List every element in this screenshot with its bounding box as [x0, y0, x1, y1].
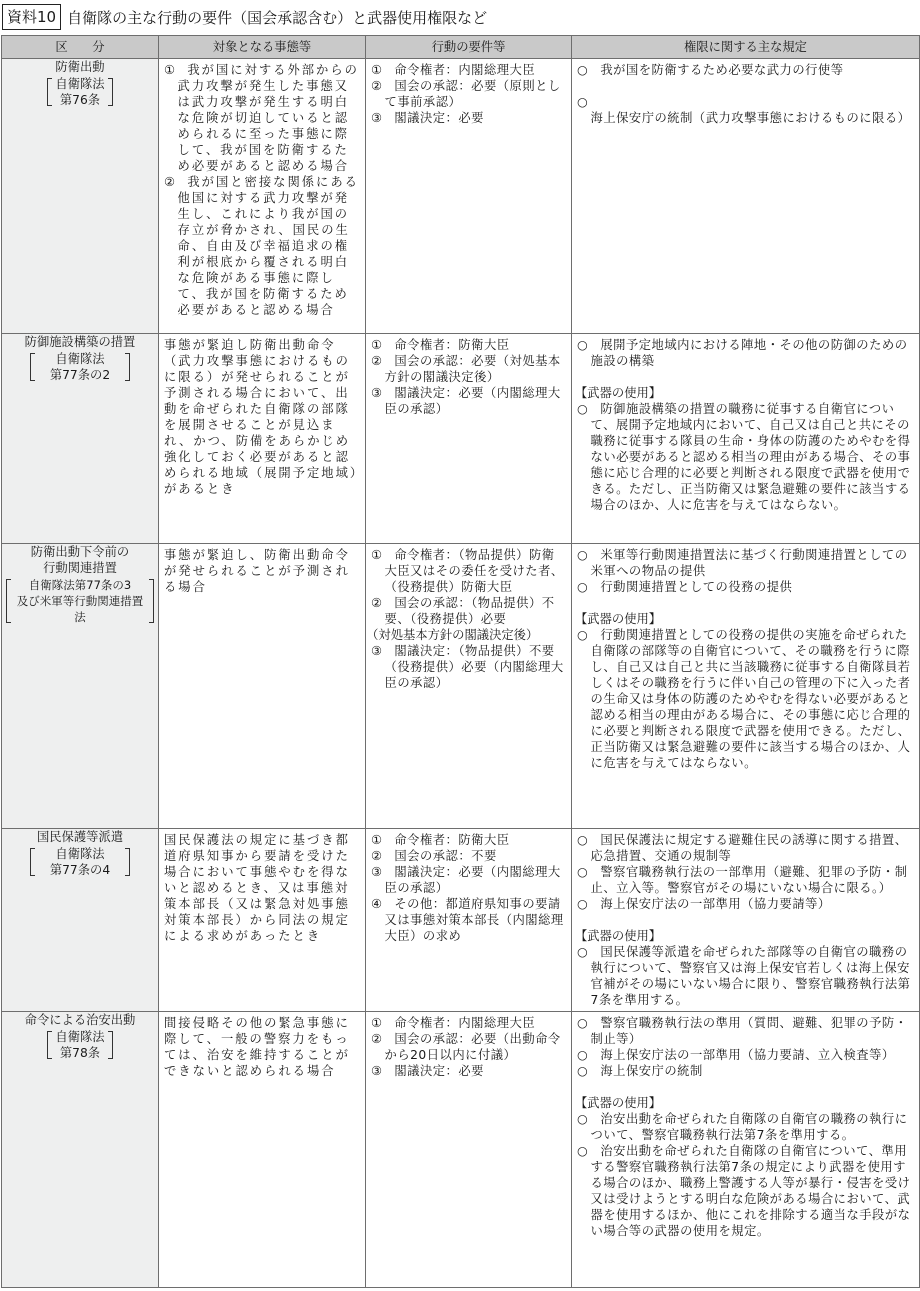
- bullet-circle-icon: ○: [577, 832, 600, 848]
- item-text: 警察官職務執行法の準用（質問、避難、犯罪の予防・制止等）: [591, 1016, 908, 1046]
- list-item: ②我が国と密接な関係にある他国に対する武力攻撃が発生し、これにより我が国の存立が…: [164, 174, 361, 318]
- list-item: ③閣議決定：必要: [371, 1063, 567, 1079]
- weapons-use-heading: 【武器の使用】: [575, 1095, 915, 1111]
- column-header-situation: 対象となる事態等: [159, 36, 366, 59]
- list-item: ○海上保安庁法の一部準用（協力要請、立入検査等）: [577, 1047, 915, 1063]
- column-header-requirements: 行動の要件等: [366, 36, 572, 59]
- list-item: ○警察官職務執行法の一部準用（避難、犯罪の予防・制止、立入等。警察官がその場にい…: [577, 864, 915, 896]
- list-item: ④その他：都道府県知事の要請又は事態対策本部長（内閣総理大臣）の求め: [371, 896, 567, 944]
- spacer: [577, 912, 915, 928]
- document-title-bar: 資料10 自衛隊の主な行動の要件（国会承認含む）と武器使用権限など: [0, 0, 920, 34]
- item-number: ②: [371, 78, 394, 94]
- item-text: 国民保護等派遣を命ぜられた部隊等の自衛官の職務の執行について、警察官又は海上保安…: [591, 945, 911, 1007]
- item-text: 我が国を防衛するため必要な武力の行使等: [600, 63, 843, 77]
- list-item: ○行動関連措置としての役務の提供: [577, 579, 915, 595]
- law-reference: 自衛隊法 第76条: [47, 76, 112, 108]
- law-reference-text: 自衛隊法 第78条: [55, 1029, 104, 1061]
- category-cell: 防御施設構築の措置 自衛隊法 第77条の2: [2, 334, 159, 544]
- item-text: 閣議決定：必要: [394, 111, 484, 125]
- item-text: 治安出動を命ぜられた自衛隊の自衛官について、準用する警察官職務執行法第7条の規定…: [591, 1144, 911, 1238]
- item-number: ③: [371, 643, 394, 659]
- category-cell: 国民保護等派遣 自衛隊法 第77条の4: [2, 829, 159, 1012]
- list-item: ①命令権者：内閣総理大臣: [371, 62, 567, 78]
- bullet-circle-icon: ○: [577, 627, 600, 643]
- bullet-circle-icon: ○: [577, 579, 600, 595]
- item-text: 国会の承認：（物品提供）不要、（役務提供）必要: [385, 596, 555, 626]
- item-number: ④: [371, 896, 394, 912]
- item-text: 我が国に対する外部からの武力攻撃が発生した事態又は武力攻撃が発生する明白な危険が…: [178, 63, 359, 173]
- item-text: 国会の承認：不要: [394, 849, 496, 863]
- situation-text: 事態が緊迫し防衛出動命令（武力攻撃事態におけるものに限る）が発せられることが予測…: [164, 337, 361, 497]
- weapons-use-heading: 【武器の使用】: [575, 928, 915, 944]
- list-item: ○治安出動を命ぜられた自衛隊の自衛官の職務の執行について、警察官職務執行法第7条…: [577, 1111, 915, 1143]
- requirements-cell: ①命令権者：（物品提供）防衛大臣又はその委任を受けた者、（役務提供）防衛大臣 ②…: [366, 544, 572, 829]
- category-cell: 防衛出動 自衛隊法 第76条: [2, 59, 159, 334]
- item-text: 治安出動を命ぜられた自衛隊の自衛官の職務の執行について、警察官職務執行法第7条を…: [591, 1112, 908, 1142]
- list-item: ○展開予定地域内における陣地・その他の防御のための施設の構築: [577, 337, 915, 369]
- item-text: 国民保護法に規定する避難住民の誘導に関する措置、応急措置、交通の規制等: [591, 833, 908, 863]
- item-number: ③: [371, 1063, 394, 1079]
- spacer: [577, 369, 915, 385]
- item-number: ②: [164, 174, 187, 190]
- item-text: 閣議決定：必要: [394, 1064, 484, 1078]
- bullet-circle-icon: ○: [577, 1063, 600, 1079]
- requirements-cell: ①命令権者：内閣総理大臣 ②国会の承認：必要（出動命令から20日以内に付議） ③…: [366, 1012, 572, 1288]
- item-text: 海上保安庁法の一部準用（協力要請、立入検査等）: [600, 1048, 894, 1062]
- item-number: ①: [371, 832, 394, 848]
- list-item: ①我が国に対する外部からの武力攻撃が発生した事態又は武力攻撃が発生する明白な危険…: [164, 62, 361, 174]
- law-reference: 自衛隊法 第78条: [47, 1029, 112, 1061]
- bullet-circle-icon: ○: [577, 1015, 600, 1031]
- table-row: 国民保護等派遣 自衛隊法 第77条の4 国民保護法の規定に基づき都道府県知事から…: [2, 829, 920, 1012]
- law-reference-text: 自衛隊法第77条の3 及び米軍等行動関連措置法: [14, 577, 146, 625]
- item-number: ②: [371, 353, 394, 369]
- requirement-note: （対処基本方針の閣議決定後）: [366, 627, 567, 643]
- category-name: 命令による治安出動: [6, 1012, 154, 1028]
- column-header-authority: 権限に関する主な規定: [572, 36, 920, 59]
- list-item: ○行動関連措置としての役務の提供の実施を命ぜられた自衛隊の部隊等の自衛官について…: [577, 627, 915, 771]
- item-text: 命令権者：防衛大臣: [394, 338, 509, 352]
- item-text: 海上保安庁の統制: [600, 1064, 702, 1078]
- bullet-circle-icon: ○: [577, 62, 600, 78]
- item-number: ①: [371, 1015, 394, 1031]
- situation-cell: ①我が国に対する外部からの武力攻撃が発生した事態又は武力攻撃が発生する明白な危険…: [159, 59, 366, 334]
- authority-cell: ○展開予定地域内における陣地・その他の防御のための施設の構築 【武器の使用】 ○…: [572, 334, 920, 544]
- requirements-cell: ①命令権者：内閣総理大臣 ②国会の承認：必要（原則として事前承認） ③閣議決定：…: [366, 59, 572, 334]
- item-text: 国会の承認：必要（対処基本方針の閣議決定後）: [385, 354, 561, 384]
- bullet-circle-icon: ○: [577, 1143, 600, 1159]
- list-item: ②国会の承認：不要: [371, 848, 567, 864]
- item-text: 海上保安庁法の一部準用（協力要請等）: [600, 897, 830, 911]
- requirements-cell: ①命令権者：防衛大臣 ②国会の承認：必要（対処基本方針の閣議決定後） ③閣議決定…: [366, 334, 572, 544]
- list-item: ○海上保安庁の統制: [577, 1063, 915, 1079]
- bullet-circle-icon: ○: [577, 401, 600, 417]
- item-text: 米軍等行動関連措置法に基づく行動関連措置としての米軍への物品の提供: [591, 548, 908, 578]
- list-item: ①命令権者：防衛大臣: [371, 832, 567, 848]
- item-text: 命令権者：内閣総理大臣: [394, 1016, 535, 1030]
- requirements-table: 区 分 対象となる事態等 行動の要件等 権限に関する主な規定 防衛出動 自衛隊法…: [1, 35, 920, 1288]
- list-item: ○防御施設構築の措置の職務に従事する自衛官について、展開予定地域内において、自己…: [577, 401, 915, 513]
- item-number: ①: [371, 337, 394, 353]
- law-reference: 自衛隊法 第77条の4: [30, 846, 130, 878]
- table-row: 防衛出動下令前の 行動関連措置 自衛隊法第77条の3 及び米軍等行動関連措置法 …: [2, 544, 920, 829]
- law-reference: 自衛隊法第77条の3 及び米軍等行動関連措置法: [6, 577, 154, 625]
- table-row: 防御施設構築の措置 自衛隊法 第77条の2 事態が緊迫し防衛出動命令（武力攻撃事…: [2, 334, 920, 544]
- list-item: ○警察官職務執行法の準用（質問、避難、犯罪の予防・制止等）: [577, 1015, 915, 1047]
- item-number: ①: [371, 62, 394, 78]
- item-text: 国会の承認：必要（原則として事前承認）: [385, 79, 561, 109]
- item-text: 命令権者：（物品提供）防衛大臣又はその委任を受けた者、（役務提供）防衛大臣: [385, 548, 564, 594]
- category-name: 国民保護等派遣: [6, 829, 154, 845]
- bullet-circle-icon: ○: [577, 944, 600, 960]
- list-item: ②国会の承認：必要（出動命令から20日以内に付議）: [371, 1031, 567, 1063]
- document-number-tag: 資料10: [2, 4, 61, 30]
- item-text: 閣議決定：必要（内閣総理大臣の承認）: [385, 865, 561, 895]
- weapons-use-heading: 【武器の使用】: [575, 611, 915, 627]
- bullet-circle-icon: ○: [577, 94, 600, 110]
- item-number: ②: [371, 848, 394, 864]
- item-text: 命令権者：防衛大臣: [394, 833, 509, 847]
- list-item: ③閣議決定：必要（内閣総理大臣の承認）: [371, 864, 567, 896]
- spacer: [577, 1079, 915, 1095]
- list-item: ②国会の承認：（物品提供）不要、（役務提供）必要: [371, 595, 567, 627]
- list-item: ①命令権者：防衛大臣: [371, 337, 567, 353]
- document-title: 自衛隊の主な行動の要件（国会承認含む）と武器使用権限など: [67, 7, 487, 28]
- item-number: ②: [371, 595, 394, 611]
- situation-text: 間接侵略その他の緊急事態に際して、一般の警察力をもっては、治安を維持することがで…: [164, 1015, 361, 1079]
- law-reference-text: 自衛隊法 第76条: [55, 76, 104, 108]
- list-item: ③閣議決定：必要（内閣総理大臣の承認）: [371, 385, 567, 417]
- category-name: 防衛出動: [6, 59, 154, 75]
- bullet-circle-icon: ○: [577, 547, 600, 563]
- situation-cell: 国民保護法の規定に基づき都道府県知事から要請を受けた場合において事態やむを得ない…: [159, 829, 366, 1012]
- bullet-circle-icon: ○: [577, 337, 600, 353]
- list-item: ③閣議決定：（物品提供）不要（役務提供）必要（内閣総理大臣の承認）: [371, 643, 567, 691]
- table-row: 防衛出動 自衛隊法 第76条 ①我が国に対する外部からの武力攻撃が発生した事態又…: [2, 59, 920, 334]
- list-item: ○治安出動を命ぜられた自衛隊の自衛官について、準用する警察官職務執行法第7条の規…: [577, 1143, 915, 1239]
- item-text: 閣議決定：必要（内閣総理大臣の承認）: [385, 386, 561, 416]
- item-number: ③: [371, 864, 394, 880]
- bullet-circle-icon: ○: [577, 1111, 600, 1127]
- item-text: その他：都道府県知事の要請又は事態対策本部長（内閣総理大臣）の求め: [385, 897, 564, 943]
- item-number: ③: [371, 385, 394, 401]
- category-cell: 防衛出動下令前の 行動関連措置 自衛隊法第77条の3 及び米軍等行動関連措置法: [2, 544, 159, 829]
- spacer: [577, 595, 915, 611]
- authority-cell: ○警察官職務執行法の準用（質問、避難、犯罪の予防・制止等） ○海上保安庁法の一部…: [572, 1012, 920, 1288]
- situation-text: 国民保護法の規定に基づき都道府県知事から要請を受けた場合において事態やむを得ない…: [164, 832, 361, 944]
- item-text: 行動関連措置としての役務の提供の実施を命ぜられた自衛隊の部隊等の自衛官について、…: [591, 628, 911, 770]
- list-item: ○国民保護等派遣を命ぜられた部隊等の自衛官の職務の執行について、警察官又は海上保…: [577, 944, 915, 1008]
- item-text: 海上保安庁の統制（武力攻撃事態におけるものに限る）: [591, 111, 911, 125]
- bullet-circle-icon: ○: [577, 1047, 600, 1063]
- list-item: ○海上保安庁法の一部準用（協力要請等）: [577, 896, 915, 912]
- column-header-category: 区 分: [2, 36, 159, 59]
- table-header-row: 区 分 対象となる事態等 行動の要件等 権限に関する主な規定: [2, 36, 920, 59]
- table-row: 命令による治安出動 自衛隊法 第78条 間接侵略その他の緊急事態に際して、一般の…: [2, 1012, 920, 1288]
- category-cell: 命令による治安出動 自衛隊法 第78条: [2, 1012, 159, 1288]
- item-number: ③: [371, 110, 394, 126]
- item-text: 国会の承認：必要（出動命令から20日以内に付議）: [385, 1032, 561, 1062]
- list-item: ①命令権者：内閣総理大臣: [371, 1015, 567, 1031]
- list-item: ③閣議決定：必要: [371, 110, 567, 126]
- situation-cell: 事態が緊迫し防衛出動命令（武力攻撃事態におけるものに限る）が発せられることが予測…: [159, 334, 366, 544]
- list-item: ○国民保護法に規定する避難住民の誘導に関する措置、応急措置、交通の規制等: [577, 832, 915, 864]
- item-text: 閣議決定：（物品提供）不要（役務提供）必要（内閣総理大臣の承認）: [385, 644, 564, 690]
- list-item: ○海上保安庁の統制（武力攻撃事態におけるものに限る）: [577, 94, 915, 126]
- situation-text: 事態が緊迫し、防衛出動命令が発せられることが予測される場合: [164, 547, 361, 595]
- item-text: 行動関連措置としての役務の提供: [600, 580, 792, 594]
- authority-cell: ○米軍等行動関連措置法に基づく行動関連措置としての米軍への物品の提供 ○行動関連…: [572, 544, 920, 829]
- bullet-circle-icon: ○: [577, 864, 600, 880]
- item-text: 展開予定地域内における陣地・その他の防御のための施設の構築: [591, 338, 908, 368]
- item-number: ①: [371, 547, 394, 563]
- law-reference-text: 自衛隊法 第77条の4: [50, 846, 110, 878]
- category-name: 防衛出動下令前の 行動関連措置: [6, 544, 154, 576]
- category-name: 防御施設構築の措置: [6, 334, 154, 350]
- item-number: ②: [371, 1031, 394, 1047]
- law-reference-text: 自衛隊法 第77条の2: [50, 351, 110, 383]
- list-item: ○米軍等行動関連措置法に基づく行動関連措置としての米軍への物品の提供: [577, 547, 915, 579]
- situation-cell: 間接侵略その他の緊急事態に際して、一般の警察力をもっては、治安を維持することがで…: [159, 1012, 366, 1288]
- item-text: 我が国と密接な関係にある他国に対する武力攻撃が発生し、これにより我が国の存立が脅…: [178, 175, 359, 317]
- requirements-cell: ①命令権者：防衛大臣 ②国会の承認：不要 ③閣議決定：必要（内閣総理大臣の承認）…: [366, 829, 572, 1012]
- item-text: 防御施設構築の措置の職務に従事する自衛官について、展開予定地域内において、自己又…: [591, 402, 911, 512]
- weapons-use-heading: 【武器の使用】: [575, 385, 915, 401]
- authority-cell: ○国民保護法に規定する避難住民の誘導に関する措置、応急措置、交通の規制等 ○警察…: [572, 829, 920, 1012]
- list-item: ○我が国を防衛するため必要な武力の行使等: [577, 62, 915, 78]
- situation-cell: 事態が緊迫し、防衛出動命令が発せられることが予測される場合: [159, 544, 366, 829]
- authority-cell: ○我が国を防衛するため必要な武力の行使等 ○海上保安庁の統制（武力攻撃事態におけ…: [572, 59, 920, 334]
- list-item: ②国会の承認：必要（対処基本方針の閣議決定後）: [371, 353, 567, 385]
- bullet-circle-icon: ○: [577, 896, 600, 912]
- spacer: [577, 78, 915, 94]
- list-item: ①命令権者：（物品提供）防衛大臣又はその委任を受けた者、（役務提供）防衛大臣: [371, 547, 567, 595]
- list-item: ②国会の承認：必要（原則として事前承認）: [371, 78, 567, 110]
- law-reference: 自衛隊法 第77条の2: [30, 351, 130, 383]
- item-text: 警察官職務執行法の一部準用（避難、犯罪の予防・制止、立入等。警察官がその場にいな…: [591, 865, 908, 895]
- item-number: ①: [164, 62, 187, 78]
- item-text: 命令権者：内閣総理大臣: [394, 63, 535, 77]
